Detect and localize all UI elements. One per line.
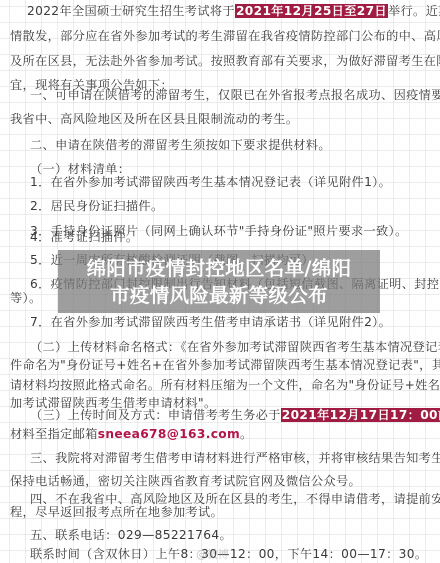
naming-format-line: 请材料均按照此格式命名。所有材料压缩为一个文件，命名为"身份证号+姓名+在省外参 <box>10 376 440 394</box>
intro-paragraph-line: 及所在区县，无法赴外省参加考试。按照教育部有关要求，为做好滞留考生在陕借考事 <box>10 52 440 70</box>
material-item-4: 4．准考证扫描件。 <box>30 228 138 246</box>
deadline-highlight: 2021年12月17日17：00前 <box>281 408 440 422</box>
headline-overlay[interactable]: 绵阳市疫情封控地区名单/绵阳 市疫情风险最新等级公布 <box>58 250 380 313</box>
section-3-line: 三、我院将对滞留考生借考申请材料进行严格审核，并将审核结果告知考生。请考生 <box>30 449 440 467</box>
section-4-line: 程，尽早返回报考点所在地参加考试。 <box>10 503 223 521</box>
contact-phone: 五、联系电话：029—85221764。 <box>30 526 232 544</box>
headline-line-2: 市疫情风险最新等级公布 <box>110 282 328 309</box>
material-item-2: 2．居民身份证扫描件。 <box>30 197 163 215</box>
email-link[interactable]: sneea678@163.com <box>98 427 240 441</box>
upload-email-line: 材料至指定邮箱sneea678@163.com。 <box>10 425 253 443</box>
email-label: 材料至指定邮箱 <box>10 427 98 441</box>
intro-paragraph-line: 2022年全国硕士研究生招生考试将于2021年12月25日至27日举行。近期，陕… <box>27 2 440 20</box>
exam-date-highlight: 2021年12月25日至27日 <box>235 4 388 18</box>
upload-time-text: （三）上传时间及方式：申请借考考生务必于 <box>30 408 281 422</box>
material-item-6-cont: 等）。 <box>10 289 42 307</box>
section-1-line: 我省中、高风险地区及所在区县且限制流动的考生。 <box>10 110 298 128</box>
section-1-line: 一、可申请在陕借考的滞留考生，仅限已在外省报考点报名成功、因疫情要求滞留在 <box>30 86 440 104</box>
naming-format-line: （二）上传材料命名格式：《在省外参加考试滞留陕西省考生基本情况登记表》扫描 <box>30 338 440 356</box>
material-item-7: 7．在省外参加考试滞留陕西考生借考申请承诺书（详见附件2）。 <box>30 313 391 331</box>
naming-format-line: 件命名为"身份证号+姓名+在省外参加考试滞留陕西考生基本情况登记表"，其它6项申 <box>10 356 440 374</box>
section-3-line: 保持电话畅通，密切关注陕西省教育考试院官网及微信公众号。 <box>10 472 361 490</box>
intro-text-cont: 举行。近期，陕西疫 <box>388 4 440 18</box>
weibo-watermark: @微博 <box>196 546 229 562</box>
section-2-heading: 二、申请在陕借考的滞留考生须按如下要求提供材料。 <box>30 136 331 154</box>
email-period: 。 <box>240 427 253 441</box>
material-item-1: 1．在省外参加考试滞留陕西考生基本情况登记表（详见附件1）。 <box>30 173 391 191</box>
headline-line-1: 绵阳市疫情封控地区名单/绵阳 <box>87 255 352 282</box>
intro-paragraph-line: 情散发，部分应在省外参加考试的考生滞留在我省疫情防控部门公布的中、高风险地区 <box>10 27 440 45</box>
upload-time-line: （三）上传时间及方式：申请借考考生务必于2021年12月17日17：00前上传申… <box>30 406 440 424</box>
intro-text: 2022年全国硕士研究生招生考试将于 <box>27 4 235 18</box>
